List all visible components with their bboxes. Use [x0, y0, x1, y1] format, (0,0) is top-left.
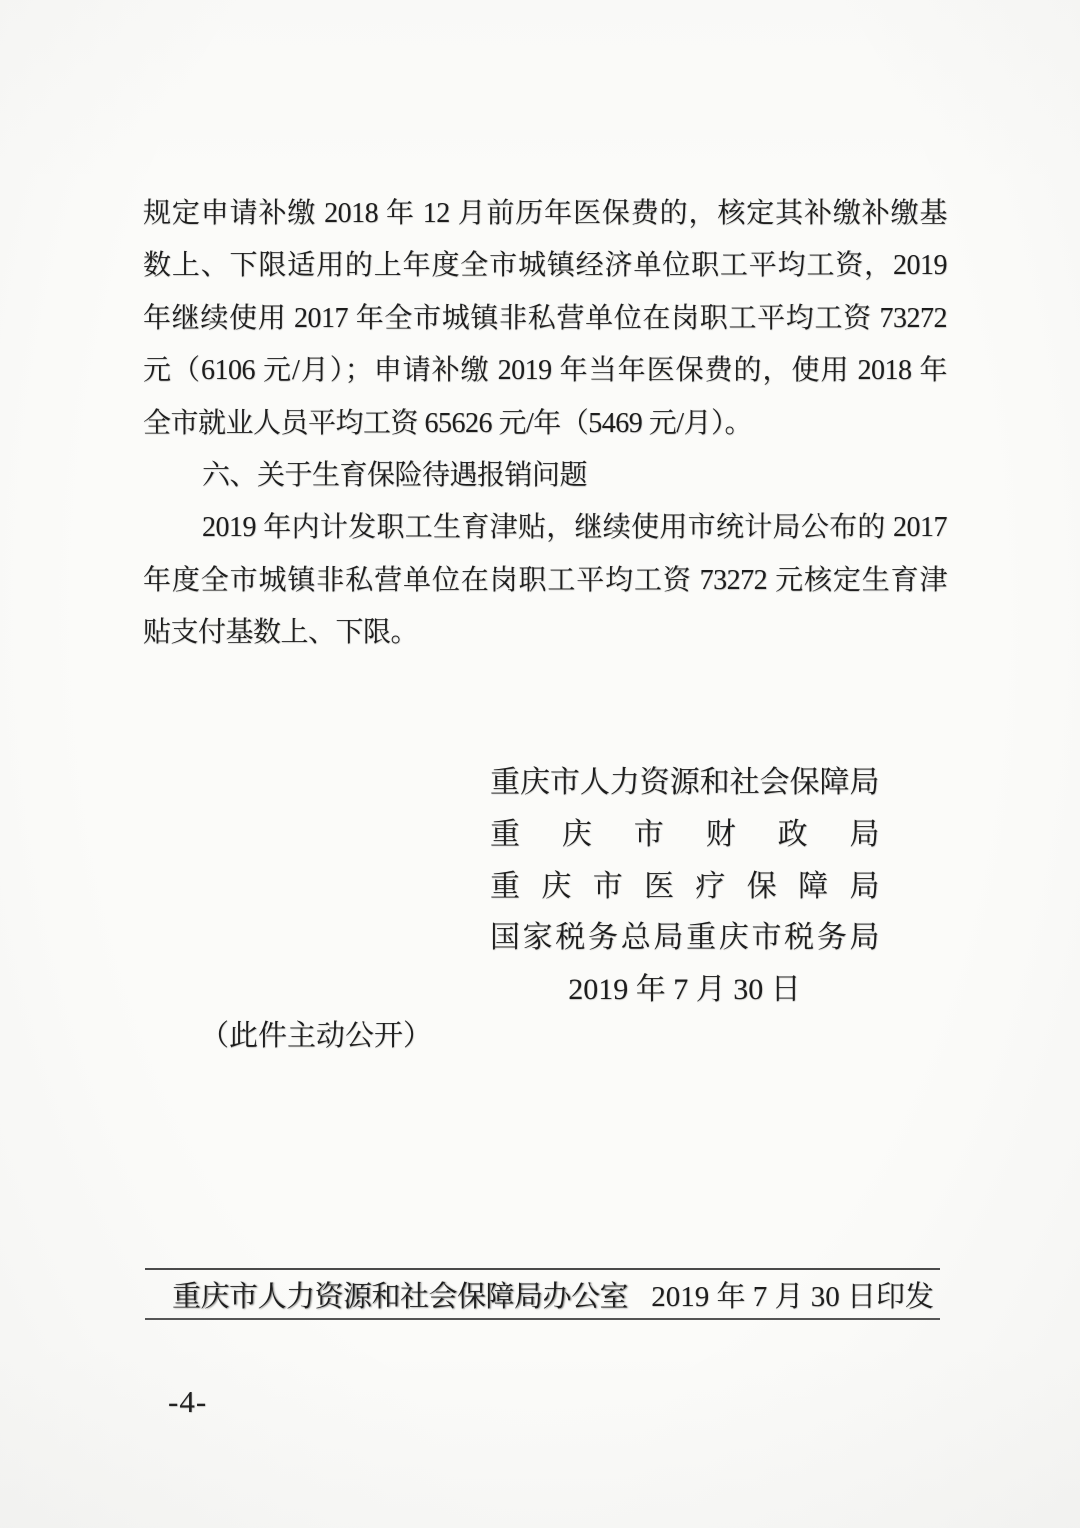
body-paragraph-line: 年度全市城镇非私营单位在岗职工平均工资 73272 元核定生育津 — [143, 555, 947, 607]
footer-colophon: 重庆市人力资源和社会保障局办公室 2019 年 7 月 30 日印发 — [145, 1268, 940, 1320]
signature-block: 重庆市人力资源和社会保障局 重庆市财政局 重庆市医疗保障局 国家税务总局重庆市税… — [490, 757, 879, 1016]
body-paragraph-line: 规定申请补缴 2018 年 12 月前历年医保费的，核定其补缴补缴基 — [143, 188, 947, 240]
signature-date: 2019 年 7 月 30 日 — [490, 964, 879, 1016]
body-paragraph-line: 元（6106 元/月）；申请补缴 2019 年当年医保费的，使用 2018 年 — [143, 345, 947, 397]
document-page: 规定申请补缴 2018 年 12 月前历年医保费的，核定其补缴补缴基 数上、下限… — [0, 0, 1080, 1528]
signing-agency: 国家税务总局重庆市税务局 — [490, 912, 879, 964]
section-heading: 六、关于生育保险待遇报销问题 — [143, 450, 947, 502]
body-paragraph-line: 贴支付基数上、下限。 — [143, 607, 947, 659]
signing-agency: 重庆市财政局 — [490, 809, 879, 861]
signing-agency: 重庆市医疗保障局 — [490, 861, 879, 913]
body-paragraph-line: 全市就业人员平均工资 65626 元/年（5469 元/月）。 — [143, 398, 947, 450]
body-paragraph-line: 数上、下限适用的上年度全市城镇经济单位职工平均工资，2019 — [143, 240, 947, 292]
body-paragraph-line: 2019 年内计发职工生育津贴，继续使用市统计局公布的 2017 — [143, 502, 947, 554]
body-paragraph-line: 年继续使用 2017 年全市城镇非私营单位在岗职工平均工资 73272 — [143, 293, 947, 345]
disclosure-note: （此件主动公开） — [143, 1012, 947, 1060]
footer-print-date: 2019 年 7 月 30 日印发 — [651, 1274, 934, 1315]
footer-issuing-office: 重庆市人力资源和社会保障局办公室 — [172, 1274, 628, 1315]
signing-agency: 重庆市人力资源和社会保障局 — [490, 757, 879, 809]
page-number: -4- — [168, 1384, 207, 1420]
document-body: 规定申请补缴 2018 年 12 月前历年医保费的，核定其补缴补缴基 数上、下限… — [143, 188, 947, 660]
